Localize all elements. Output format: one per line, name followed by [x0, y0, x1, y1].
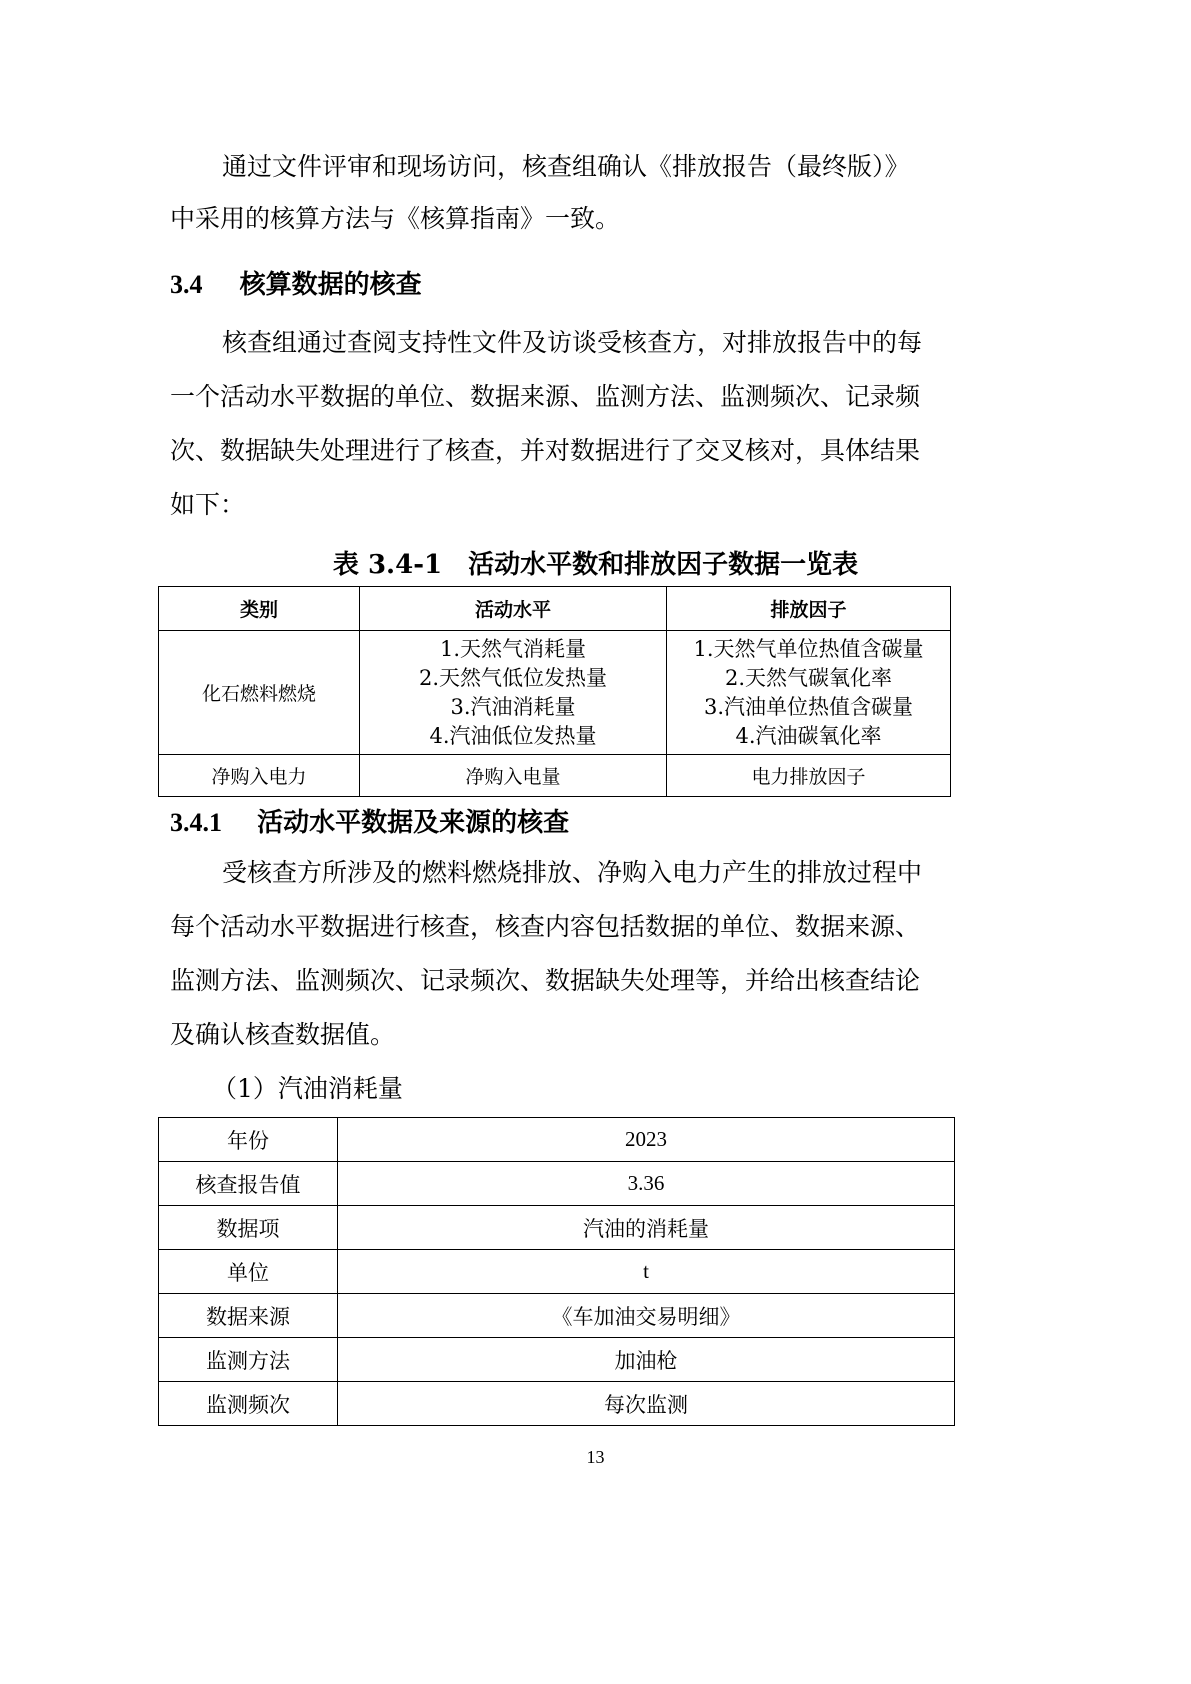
factor-item: 1.天然气单位热值含碳量: [667, 635, 950, 664]
row-label: 数据来源: [159, 1294, 338, 1338]
section-title: 核算数据的核查: [240, 270, 422, 300]
table-row: 核查报告值 3.36: [159, 1162, 955, 1206]
cell-activity: 净购入电量: [360, 755, 667, 797]
cell-category: 净购入电力: [159, 755, 360, 797]
row-value: t: [338, 1250, 955, 1294]
factor-item: 2.天然气碳氧化率: [667, 664, 950, 693]
section-number: 3.4: [170, 270, 203, 299]
cell-factor: 电力排放因子: [667, 755, 951, 797]
header-category: 类别: [159, 587, 360, 631]
table-row: 监测频次 每次监测: [159, 1382, 955, 1426]
table-row: 净购入电力 净购入电量 电力排放因子: [159, 755, 951, 797]
paragraph-line: 受核查方所涉及的燃料燃烧排放、净购入电力产生的排放过程中: [222, 858, 922, 888]
header-factor: 排放因子: [667, 587, 951, 631]
factor-item: 3.汽油单位热值含碳量: [667, 693, 950, 722]
activity-item: 1.天然气消耗量: [360, 635, 666, 664]
table-caption: 表 3.4-1 活动水平数和排放因子数据一览表: [0, 544, 1191, 581]
cell-factor: 1.天然气单位热值含碳量 2.天然气碳氧化率 3.汽油单位热值含碳量 4.汽油碳…: [667, 631, 951, 755]
activity-item: 2.天然气低位发热量: [360, 664, 666, 693]
table-row: 化石燃料燃烧 1.天然气消耗量 2.天然气低位发热量 3.汽油消耗量 4.汽油低…: [159, 631, 951, 755]
row-value: 加油枪: [338, 1338, 955, 1382]
section-heading-3-4-1: 3.4.1 活动水平数据及来源的核查: [170, 802, 569, 839]
section-title: 活动水平数据及来源的核查: [257, 808, 569, 838]
row-value: 3.36: [338, 1162, 955, 1206]
paragraph-line: 监测方法、监测频次、记录频次、数据缺失处理等，并给出核查结论: [170, 966, 920, 996]
page-number: 13: [0, 1447, 1191, 1468]
paragraph-line: 次、数据缺失处理进行了核查，并对数据进行了交叉核对，具体结果: [170, 436, 920, 466]
row-value: 2023: [338, 1118, 955, 1162]
row-label: 监测方法: [159, 1338, 338, 1382]
row-label: 核查报告值: [159, 1162, 338, 1206]
table-row: 年份 2023: [159, 1118, 955, 1162]
table-row: 单位 t: [159, 1250, 955, 1294]
header-activity: 活动水平: [360, 587, 667, 631]
gasoline-consumption-table: 年份 2023 核查报告值 3.36 数据项 汽油的消耗量 单位 t 数据来源 …: [158, 1117, 955, 1426]
paragraph-line: 一个活动水平数据的单位、数据来源、监测方法、监测频次、记录频: [170, 382, 920, 412]
paragraph-line: 如下：: [170, 490, 245, 520]
cell-category: 化石燃料燃烧: [159, 631, 360, 755]
row-value: 《车加油交易明细》: [338, 1294, 955, 1338]
table-row: 监测方法 加油枪: [159, 1338, 955, 1382]
row-value: 每次监测: [338, 1382, 955, 1426]
table-row: 数据来源 《车加油交易明细》: [159, 1294, 955, 1338]
row-value: 汽油的消耗量: [338, 1206, 955, 1250]
row-label: 年份: [159, 1118, 338, 1162]
paragraph-line: 每个活动水平数据进行核查，核查内容包括数据的单位、数据来源、: [170, 912, 920, 942]
table-row: 数据项 汽油的消耗量: [159, 1206, 955, 1250]
table-header-row: 类别 活动水平 排放因子: [159, 587, 951, 631]
activity-item: 3.汽油消耗量: [360, 693, 666, 722]
activity-emission-table: 类别 活动水平 排放因子 化石燃料燃烧 1.天然气消耗量 2.天然气低位发热量 …: [158, 586, 951, 797]
activity-item: 4.汽油低位发热量: [360, 722, 666, 751]
row-label: 单位: [159, 1250, 338, 1294]
paragraph-line: 中采用的核算方法与《核算指南》一致。: [170, 204, 620, 234]
section-number: 3.4.1: [170, 808, 222, 837]
paragraph-line: 通过文件评审和现场访问，核查组确认《排放报告（最终版）》: [222, 152, 910, 182]
factor-item: 4.汽油碳氧化率: [667, 722, 950, 751]
row-label: 监测频次: [159, 1382, 338, 1426]
paragraph-line: 及确认核查数据值。: [170, 1020, 395, 1050]
paragraph-line: 核查组通过查阅支持性文件及访谈受核查方，对排放报告中的每: [222, 328, 922, 358]
section-heading-3-4: 3.4 核算数据的核查: [170, 264, 422, 301]
subheading-gasoline: （1）汽油消耗量: [212, 1074, 403, 1104]
cell-activity: 1.天然气消耗量 2.天然气低位发热量 3.汽油消耗量 4.汽油低位发热量: [360, 631, 667, 755]
row-label: 数据项: [159, 1206, 338, 1250]
